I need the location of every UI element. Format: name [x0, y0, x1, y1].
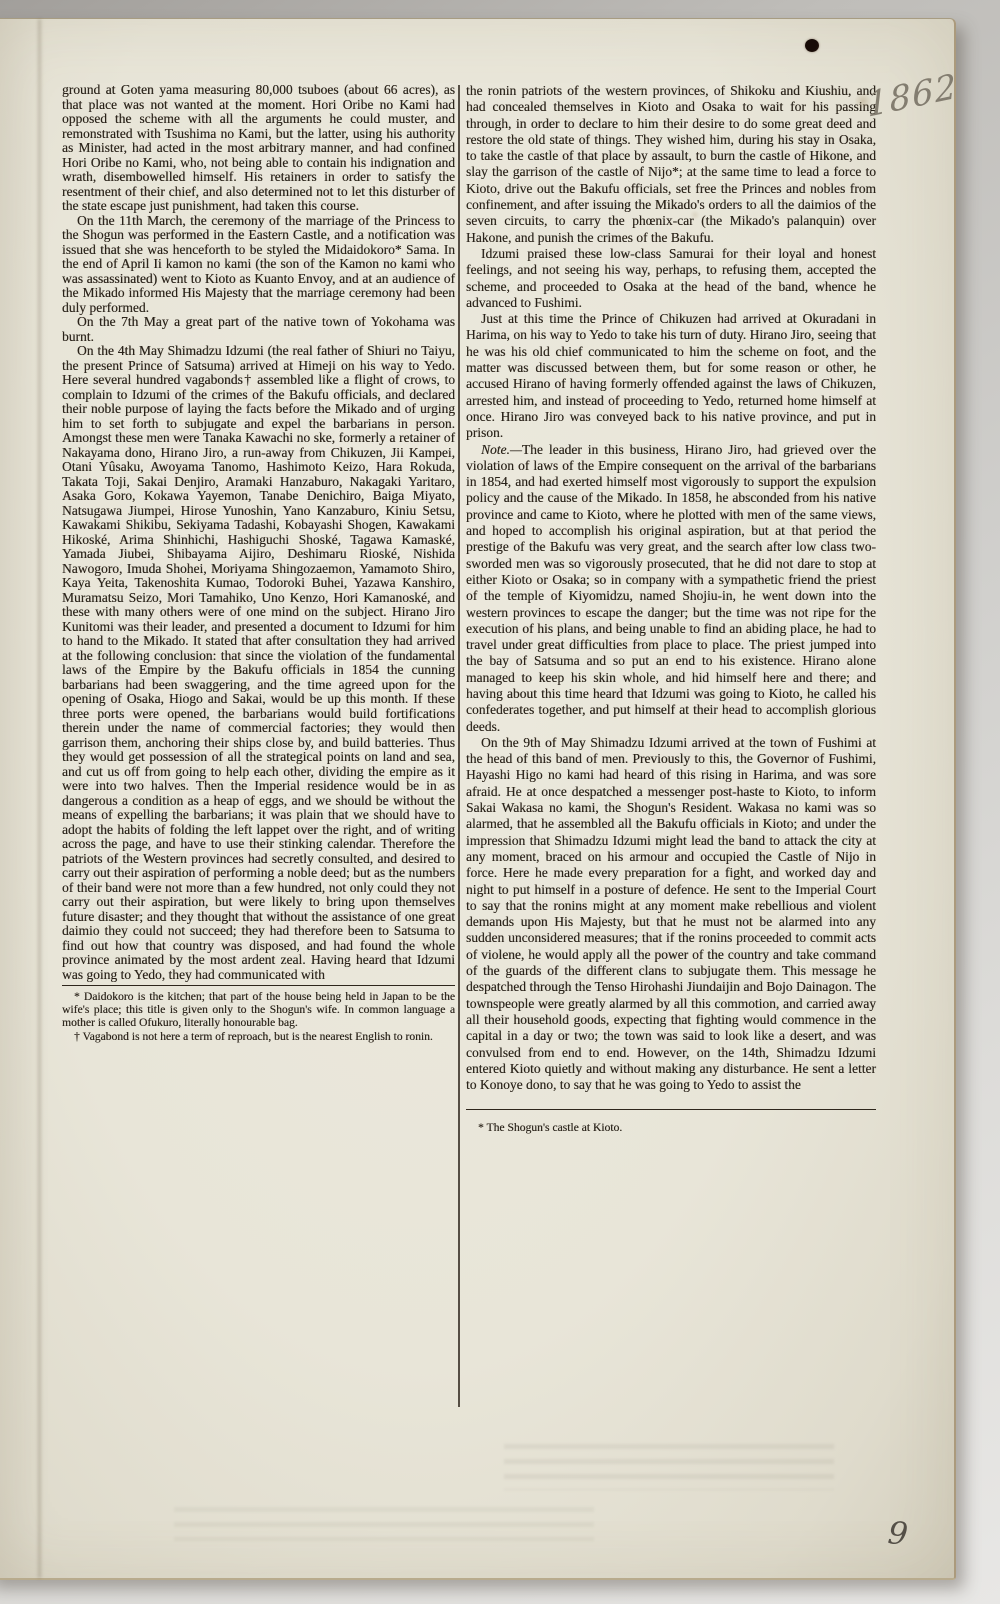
note-label: Note.— — [481, 442, 522, 457]
footnote-daidokoro: * Daidokoro is the kitchen; that part of… — [62, 990, 455, 1030]
column-divider-rule — [458, 85, 460, 1407]
left-column: ground at Goten yama measuring 80,000 ts… — [62, 83, 455, 1043]
paragraph-goten-yama: ground at Goten yama measuring 80,000 ts… — [62, 83, 455, 214]
right-footnotes: * The Shogun's castle at Kioto. — [466, 1109, 876, 1134]
paragraph-note-hirano-jiro: Note.—The leader in this business, Hiran… — [466, 442, 876, 735]
bleed-through-smudge — [504, 1444, 834, 1490]
photo-backdrop: ground at Goten yama measuring 80,000 ts… — [0, 0, 1000, 1604]
document-page: ground at Goten yama measuring 80,000 ts… — [0, 18, 956, 1580]
paragraph-fushimi-arrival: On the 9th of May Shimadzu Idzumi arrive… — [466, 735, 876, 1094]
paper-stain — [690, 210, 700, 220]
paragraph-prince-chikuzen: Just at this time the Prince of Chikuzen… — [466, 311, 876, 441]
footnote-vagabond: † Vagabond is not here a term of reproac… — [62, 1030, 455, 1043]
paragraph-ronin-patriots: the ronin patriots of the western provin… — [466, 83, 876, 246]
right-column: the ronin patriots of the western provin… — [466, 83, 876, 1135]
paragraph-shimadzu-idzumi: On the 4th May Shimadzu Idzumi (the real… — [62, 344, 455, 982]
paragraph-marriage-ceremony: On the 11th March, the ceremony of the m… — [62, 214, 455, 316]
handwritten-page-number: 9 — [886, 1515, 909, 1553]
footnote-shogun-castle: * The Shogun's castle at Kioto. — [466, 1121, 876, 1134]
bleed-through-smudge — [174, 1507, 594, 1541]
paragraph-idzumi-praise: Idzumi praised these low-class Samurai f… — [466, 246, 876, 311]
left-footnotes: * Daidokoro is the kitchen; that part of… — [62, 985, 455, 1043]
ink-dot — [805, 39, 819, 52]
note-body: The leader in this business, Hirano Jiro… — [466, 442, 876, 734]
paragraph-yokohama-fire: On the 7th May a great part of the nativ… — [62, 315, 455, 344]
